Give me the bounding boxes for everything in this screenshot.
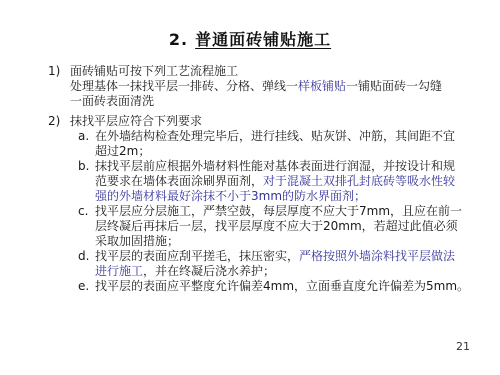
sub-item-b-marker: b. bbox=[78, 159, 95, 174]
sub-item-c-marker: c. bbox=[78, 204, 95, 219]
sub-item-a-marker: a. bbox=[78, 129, 95, 144]
page-number: 21 bbox=[456, 340, 470, 353]
slide: 2.普通面砖铺贴施工 1) 面砖铺贴可按下列工艺流程施工 处理基体一抹找平层一排… bbox=[0, 0, 500, 375]
list-item-2: 2) 抹找平层应符合下列要求 a. 在外墙结构检查处理完毕后，进行挂线、贴灰饼、… bbox=[48, 114, 472, 294]
item-2-marker: 2) bbox=[48, 114, 70, 129]
sub-item-c-text: 找平层应分层施工，严禁空鼓，每层厚度不应大于7mm，且应在前一 层终凝后再抹后一… bbox=[95, 204, 472, 249]
sub-item-d: d. 找平层的表面应刮平搓毛，抹压密实，严格按照外墙涂料找平层做法 进行施工，并… bbox=[70, 249, 472, 279]
item-1-intro: 面砖铺贴可按下列工艺流程施工 bbox=[70, 64, 472, 79]
flow-segment-1: 处理基体一抹找平层一排砖、分格、弹线一 bbox=[70, 79, 298, 93]
title-number: 2. bbox=[169, 30, 188, 49]
item-2-intro: 抹找平层应符合下列要求 bbox=[70, 114, 472, 129]
sub-item-e-text: 找平层的表面应平整度允许偏差4mm，立面垂直度允许偏差为5mm。 bbox=[95, 279, 472, 294]
title-text: 普通面砖铺贴施工 bbox=[195, 30, 331, 49]
item-1-content: 面砖铺贴可按下列工艺流程施工 处理基体一抹找平层一排砖、分格、弹线一样板铺贴一铺… bbox=[70, 64, 472, 109]
sub-item-a: a. 在外墙结构检查处理完毕后，进行挂线、贴灰饼、冲筋，其间距不宜 超过2m； bbox=[70, 129, 472, 159]
sub-d-segment-1: 找平层的表面应刮平搓毛，抹压密实， bbox=[95, 249, 299, 263]
flow-segment-highlight: 样板铺贴 bbox=[298, 79, 346, 93]
sub-item-a-text: 在外墙结构检查处理完毕后，进行挂线、贴灰饼、冲筋，其间距不宜 超过2m； bbox=[95, 129, 472, 159]
sub-item-d-marker: d. bbox=[78, 249, 95, 264]
sub-d-segment-3: ，并在终凝后浇水养护； bbox=[143, 264, 275, 278]
sub-item-c: c. 找平层应分层施工，严禁空鼓，每层厚度不应大于7mm，且应在前一 层终凝后再… bbox=[70, 204, 472, 249]
sub-c-segment-1: 找平层应分层施工，严禁空鼓，每层厚度不应大于7mm，且应在前一 层终凝后再抹后一… bbox=[95, 204, 462, 248]
page-title: 2.普通面砖铺贴施工 bbox=[0, 27, 500, 50]
item-1-marker: 1) bbox=[48, 64, 70, 79]
sub-item-d-text: 找平层的表面应刮平搓毛，抹压密实，严格按照外墙涂料找平层做法 进行施工，并在终凝… bbox=[95, 249, 472, 279]
list-item-1: 1) 面砖铺贴可按下列工艺流程施工 处理基体一抹找平层一排砖、分格、弹线一样板铺… bbox=[48, 64, 472, 109]
item-1-flow: 处理基体一抹找平层一排砖、分格、弹线一样板铺贴一铺贴面砖一勾缝 一面砖表面清洗 bbox=[70, 79, 472, 109]
item-2-content: 抹找平层应符合下列要求 a. 在外墙结构检查处理完毕后，进行挂线、贴灰饼、冲筋，… bbox=[70, 114, 472, 294]
sub-item-e: e. 找平层的表面应平整度允许偏差4mm，立面垂直度允许偏差为5mm。 bbox=[70, 279, 472, 294]
sub-a-segment-1: 在外墙结构检查处理完毕后，进行挂线、贴灰饼、冲筋，其间距不宜 超过2m； bbox=[95, 129, 455, 158]
sub-item-b-text: 抹找平层前应根据外墙材料性能对基体表面进行润湿，并按设计和规 范要求在墙体表面涂… bbox=[95, 159, 472, 204]
sub-item-e-marker: e. bbox=[78, 279, 95, 294]
sub-item-b: b. 抹找平层前应根据外墙材料性能对基体表面进行润湿，并按设计和规 范要求在墙体… bbox=[70, 159, 472, 204]
slide-body: 1) 面砖铺贴可按下列工艺流程施工 处理基体一抹找平层一排砖、分格、弹线一样板铺… bbox=[48, 64, 472, 294]
sub-e-segment-1: 找平层的表面应平整度允许偏差4mm，立面垂直度允许偏差为5mm。 bbox=[95, 279, 469, 293]
